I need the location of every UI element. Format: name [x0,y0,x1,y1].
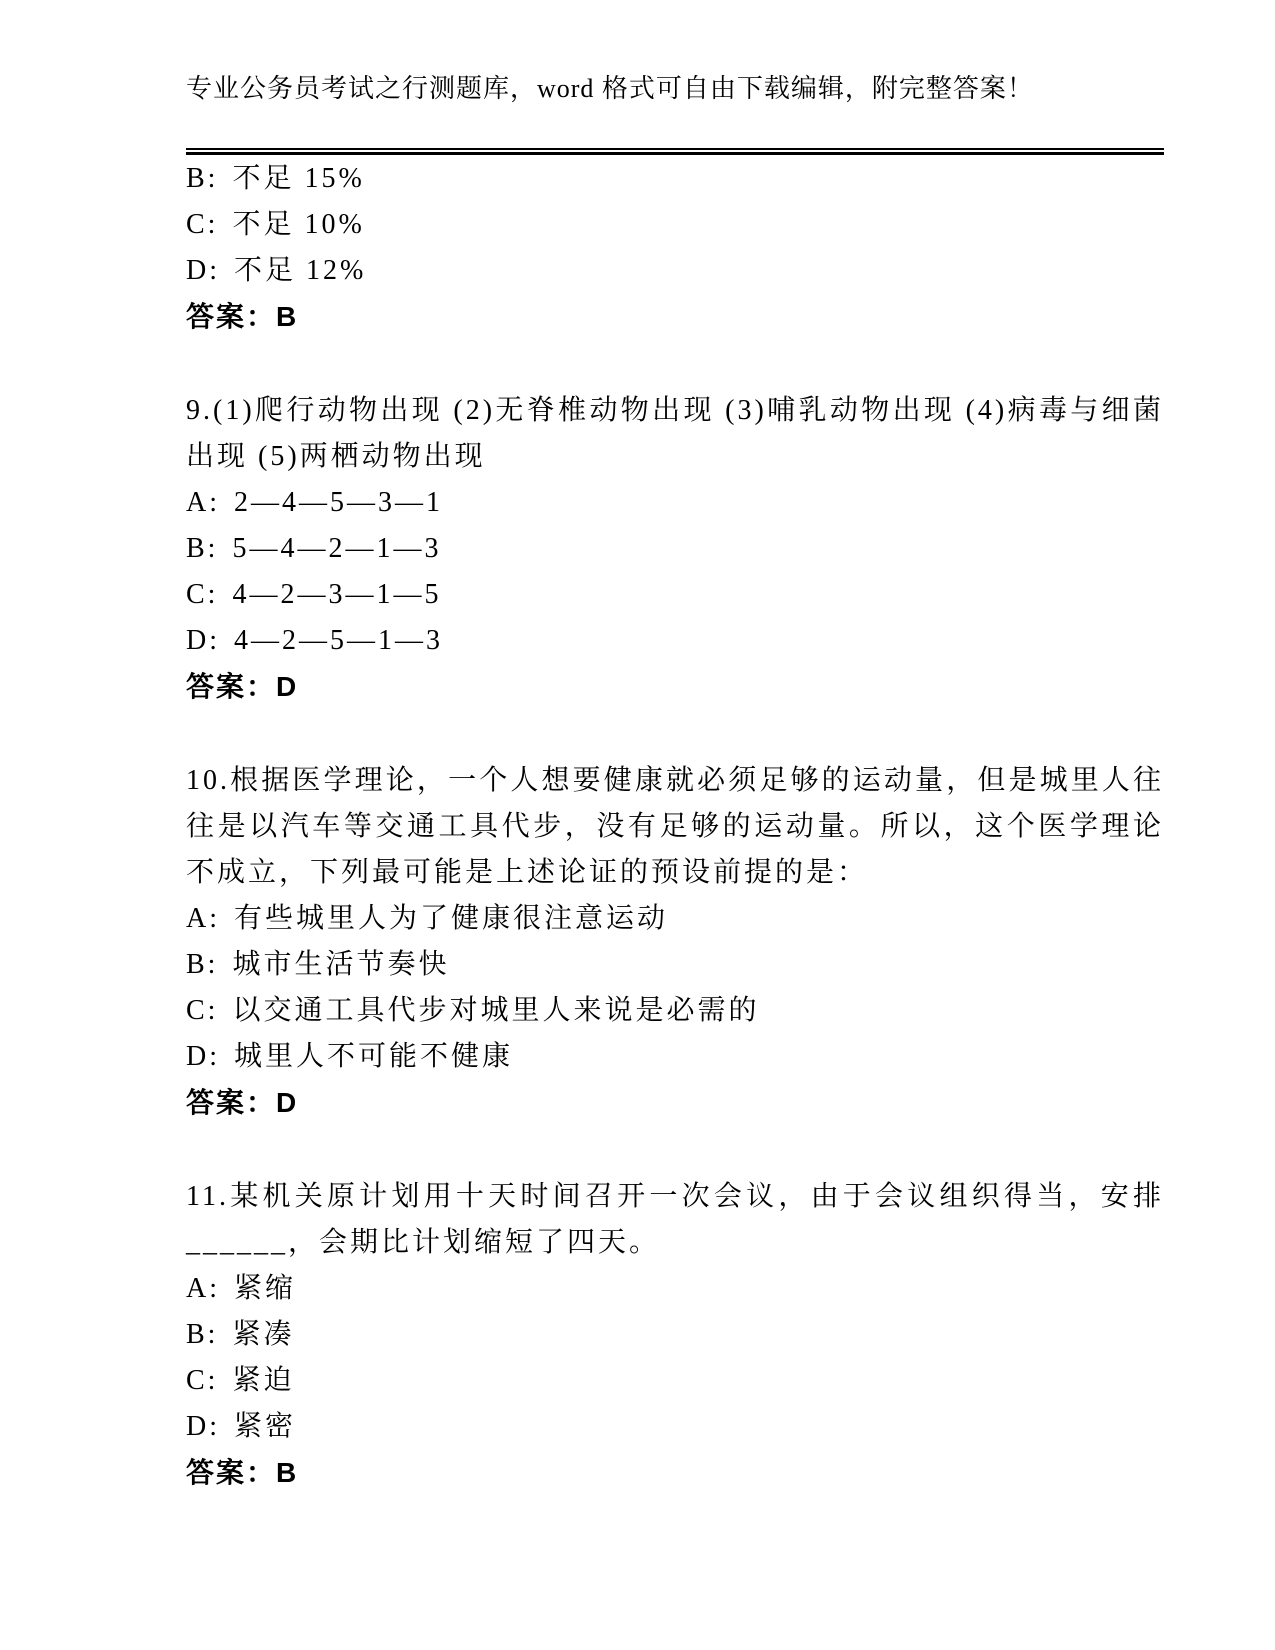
answer-label: 答案： [186,671,276,702]
question-block-10: 10.根据医学理论，一个人想要健康就必须足够的运动量，但是城里人往往是以汽车等交… [186,758,1164,1126]
option-row: D:4—2—5—1—3 [186,618,1164,664]
option-text: 紧密 [234,1411,296,1442]
option-text: 4—2—3—1—5 [232,579,441,610]
option-text: 城里人不可能不健康 [234,1041,513,1072]
option-text: 不足 10% [232,209,364,240]
option-label: A: [186,487,220,518]
option-label: C: [186,995,218,1026]
option-text: 不足 12% [234,255,366,286]
header-disclaimer: 专业公务员考试之行测题库，word 格式可自由下载编辑，附完整答案！ [186,66,1164,112]
answer-value: D [276,671,298,702]
option-row: C:不足 10% [186,202,1164,248]
option-text: 紧缩 [234,1273,296,1304]
answer-label: 答案： [186,1457,276,1488]
option-label: C: [186,209,218,240]
option-row: C:4—2—3—1—5 [186,572,1164,618]
option-text: 4—2—5—1—3 [234,625,443,656]
option-row: B:紧凑 [186,1312,1164,1358]
page-header: 专业公务员考试之行测题库，word 格式可自由下载编辑，附完整答案！ [186,66,1164,155]
question-stem: 11.某机关原计划用十天时间召开一次会议，由于会议组织得当，安排______，会… [186,1174,1164,1266]
option-label: D: [186,255,220,286]
option-text: 2—4—5—3—1 [234,487,443,518]
option-row: C:以交通工具代步对城里人来说是必需的 [186,988,1164,1034]
question-stem: 10.根据医学理论，一个人想要健康就必须足够的运动量，但是城里人往往是以汽车等交… [186,758,1164,896]
option-label: B: [186,1319,218,1350]
option-label: A: [186,903,220,934]
option-label: D: [186,1411,220,1442]
answer-label: 答案： [186,301,276,332]
option-row: D:不足 12% [186,248,1164,294]
answer-value: B [276,1457,298,1488]
question-stem: 9.(1)爬行动物出现 (2)无脊椎动物出现 (3)哺乳动物出现 (4)病毒与细… [186,388,1164,480]
option-row: D:紧密 [186,1404,1164,1450]
option-row: B:5—4—2—1—3 [186,526,1164,572]
option-row: A:有些城里人为了健康很注意运动 [186,896,1164,942]
option-text: 城市生活节奏快 [232,949,449,980]
option-label: D: [186,625,220,656]
question-block-9: 9.(1)爬行动物出现 (2)无脊椎动物出现 (3)哺乳动物出现 (4)病毒与细… [186,388,1164,710]
option-text: 5—4—2—1—3 [232,533,441,564]
answer-row: 答案：B [186,294,1164,340]
header-divider [186,148,1164,155]
answer-value: B [276,301,298,332]
answer-value: D [276,1087,298,1118]
option-row: A:2—4—5—3—1 [186,480,1164,526]
answer-label: 答案： [186,1087,276,1118]
option-row: A:紧缩 [186,1266,1164,1312]
answer-row: 答案：D [186,1080,1164,1126]
answer-row: 答案：B [186,1450,1164,1496]
question-block-11: 11.某机关原计划用十天时间召开一次会议，由于会议组织得当，安排______，会… [186,1174,1164,1496]
option-row: B:不足 15% [186,156,1164,202]
option-label: B: [186,949,218,980]
option-row: C:紧迫 [186,1358,1164,1404]
option-text: 有些城里人为了健康很注意运动 [234,903,668,934]
document-page: 专业公务员考试之行测题库，word 格式可自由下载编辑，附完整答案！ B:不足 … [0,0,1275,1650]
option-text: 紧迫 [232,1365,294,1396]
option-text: 不足 15% [232,163,364,194]
option-label: B: [186,533,218,564]
option-label: A: [186,1273,220,1304]
question-block-continuation: B:不足 15% C:不足 10% D:不足 12% 答案：B [186,156,1164,340]
option-text: 以交通工具代步对城里人来说是必需的 [232,995,759,1026]
option-row: B:城市生活节奏快 [186,942,1164,988]
answer-row: 答案：D [186,664,1164,710]
option-row: D:城里人不可能不健康 [186,1034,1164,1080]
option-text: 紧凑 [232,1319,294,1350]
option-label: D: [186,1041,220,1072]
option-label: C: [186,579,218,610]
option-label: C: [186,1365,218,1396]
option-label: B: [186,163,218,194]
